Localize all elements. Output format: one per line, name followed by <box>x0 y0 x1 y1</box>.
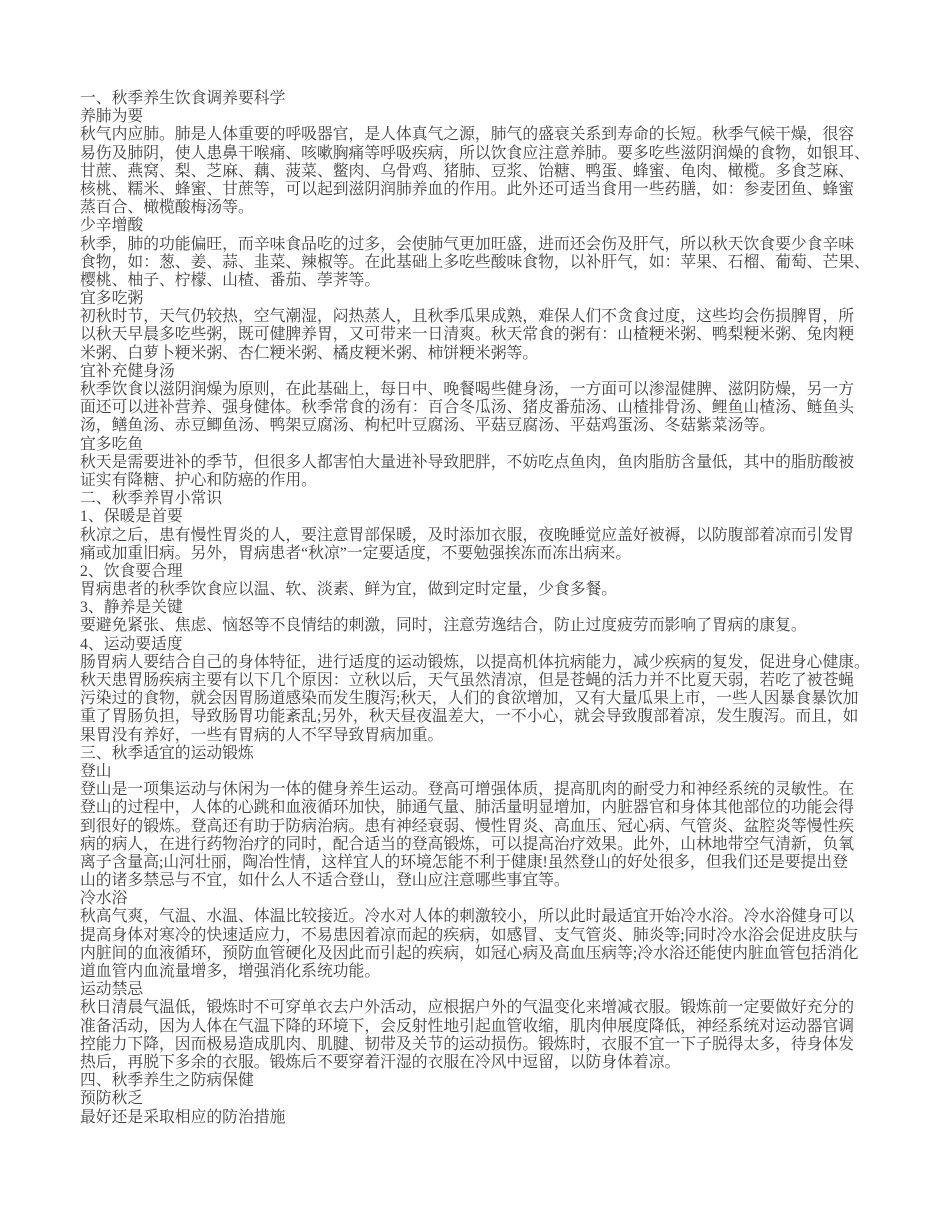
text-line: 病的病人，在进行药物治疗的同时，配合适当的登高锻炼，可以提高治疗效果。此外，山林… <box>80 836 880 854</box>
block-subtitle: 1、保暖是首要 <box>80 508 880 526</box>
document-page: 一、秋季养生饮食调养要科学养肺为要秋气内应肺。肺是人体重要的呼吸器官，是人体真气… <box>0 0 950 1230</box>
text-line: 胃病患者的秋季饮食应以温、软、淡素、鲜为宜，做到定时定量，少食多餐。 <box>80 581 880 599</box>
text-line: 核桃、糯米、蜂蜜、甘蔗等，可以起到滋阴润肺养血的作用。此外还可适当食用一些药膳，… <box>80 181 880 199</box>
text-line: 食物，如：葱、姜、蒜、韭菜、辣椒等。在此基础上多吃些酸味食物，以补肝气，如：苹果… <box>80 254 880 272</box>
text-line: 到很好的锻炼。登高还有助于防病治病。患有神经衰弱、慢性胃炎、高血压、冠心病、气管… <box>80 818 880 836</box>
block-subtitle: 3、静养是关键 <box>80 599 880 617</box>
block-subtitle: 预防秋乏 <box>80 1090 880 1108</box>
text-line: 肠胃病人要结合自己的身体特征，进行适度的运动锻炼，以提高机体抗病能力，减少疾病的… <box>80 654 880 672</box>
text-line: 道血管内血流量增多，增强消化系统功能。 <box>80 963 880 981</box>
section: 四、秋季养生之防病保健预防秋乏最好还是采取相应的防治措施 <box>80 1072 880 1127</box>
text-line: 污染过的食物，就会因胃肠道感染而发生腹泻;秋天，人们的食欲增加，又有大量瓜果上市… <box>80 690 880 708</box>
block-subtitle: 运动禁忌 <box>80 981 880 999</box>
text-line: 重了胃肠负担，导致肠胃功能紊乱;另外，秋天昼夜温差大，一不小心，就会导致腹部着凉… <box>80 708 880 726</box>
text-line: 面还可以进补营养、强身健体。秋季常食的汤有：百合冬瓜汤、猪皮番茄汤、山楂排骨汤、… <box>80 399 880 417</box>
text-line: 秋日清晨气温低，锻炼时不可穿单衣去户外活动，应根据户外的气温变化来增减衣服。锻炼… <box>80 999 880 1017</box>
text-line: 最好还是采取相应的防治措施 <box>80 1109 880 1127</box>
text-line: 秋天是需要进补的季节，但很多人都害怕大量进补导致肥胖，不妨吃点鱼肉，鱼肉脂肪含量… <box>80 454 880 472</box>
text-line: 初秋时节，天气仍较热，空气潮湿，闷热蒸人，且秋季瓜果成熟，难保人们不贪食过度，这… <box>80 308 880 326</box>
text-line: 要避免紧张、焦虑、恼怒等不良情结的刺激，同时，注意劳逸结合，防止过度疲劳而影响了… <box>80 617 880 635</box>
article-body: 一、秋季养生饮食调养要科学养肺为要秋气内应肺。肺是人体重要的呼吸器官，是人体真气… <box>80 90 880 1127</box>
block-subtitle: 4、运动要适度 <box>80 636 880 654</box>
text-line: 秋季饮食以滋阴润燥为原则，在此基础上，每日中、晚餐喝些健身汤，一方面可以渗湿健脾… <box>80 381 880 399</box>
text-line: 秋凉之后，患有慢性胃炎的人，要注意胃部保暖，及时添加衣服，夜晚睡觉应盖好被褥，以… <box>80 527 880 545</box>
text-line: 离子含量高;山河壮丽，陶冶性情，这样宜人的环境怎能不利于健康!虽然登山的好处很多… <box>80 854 880 872</box>
section-title: 三、秋季适宜的运动锻炼 <box>80 745 880 763</box>
block-subtitle: 宜补充健身汤 <box>80 363 880 381</box>
section: 二、秋季养胃小常识1、保暖是首要秋凉之后，患有慢性胃炎的人，要注意胃部保暖，及时… <box>80 490 880 745</box>
text-line: 以秋天早晨多吃些粥，既可健脾养胃，又可带来一日清爽。秋天常食的粥有：山楂粳米粥、… <box>80 326 880 344</box>
text-line: 蒸百合、橄榄酸梅汤等。 <box>80 199 880 217</box>
text-line: 秋高气爽，气温、水温、体温比较接近。冷水对人体的刺激较小，所以此时最适宜开始冷水… <box>80 908 880 926</box>
text-line: 登山的过程中，人体的心跳和血液循环加快，肺通气量、肺活量明显增加，内脏器官和身体… <box>80 799 880 817</box>
text-line: 热后，再脱下多余的衣服。锻炼后不要穿着汗湿的衣服在冷风中逗留，以防身体着凉。 <box>80 1054 880 1072</box>
section-title: 四、秋季养生之防病保健 <box>80 1072 880 1090</box>
block-subtitle: 宜多吃鱼 <box>80 436 880 454</box>
text-line: 米粥、白萝卜粳米粥、杏仁粳米粥、橘皮粳米粥、柿饼粳米粥等。 <box>80 345 880 363</box>
text-line: 甘蔗、燕窝、梨、芝麻、藕、菠菜、鳖肉、乌骨鸡、猪肺、豆浆、饴糖、鸭蛋、蜂蜜、龟肉… <box>80 163 880 181</box>
text-line: 樱桃、柚子、柠檬、山楂、番茄、荸荠等。 <box>80 272 880 290</box>
text-line: 秋气内应肺。肺是人体重要的呼吸器官，是人体真气之源，肺气的盛衰关系到寿命的长短。… <box>80 126 880 144</box>
block-subtitle: 少辛增酸 <box>80 217 880 235</box>
text-line: 准备活动，因为人体在气温下降的环境下，会反射性地引起血管收缩，肌肉伸展度降低，神… <box>80 1018 880 1036</box>
section: 一、秋季养生饮食调养要科学养肺为要秋气内应肺。肺是人体重要的呼吸器官，是人体真气… <box>80 90 880 490</box>
text-line: 提高身体对寒冷的快速适应力，不易患因着凉而起的疾病，如感冒、支气管炎、肺炎等;同… <box>80 927 880 945</box>
text-line: 果胃没有养好，一些有胃病的人不罕导致胃病加重。 <box>80 727 880 745</box>
block-subtitle: 养肺为要 <box>80 108 880 126</box>
text-line: 易伤及肺阴，使人患鼻干喉痛、咳嗽胸痛等呼吸疾病，所以饮食应注意养肺。要多吃些滋阴… <box>80 145 880 163</box>
section-title: 二、秋季养胃小常识 <box>80 490 880 508</box>
block-subtitle: 宜多吃粥 <box>80 290 880 308</box>
text-line: 内脏间的血液循环，预防血管硬化及因此而引起的疾病，如冠心病及高血压病等;冷水浴还… <box>80 945 880 963</box>
text-line: 汤，鳝鱼汤、赤豆鲫鱼汤、鸭架豆腐汤、枸杞叶豆腐汤、平菇豆腐汤、平菇鸡蛋汤、冬菇紫… <box>80 417 880 435</box>
block-subtitle: 冷水浴 <box>80 890 880 908</box>
block-subtitle: 登山 <box>80 763 880 781</box>
text-line: 山的诸多禁忌与不宜，如什么人不适合登山，登山应注意哪些事宜等。 <box>80 872 880 890</box>
block-subtitle: 2、饮食要合理 <box>80 563 880 581</box>
text-line: 控能力下降，因而极易造成肌肉、肌腱、韧带及关节的运动损伤。锻炼时，衣服不宜一下子… <box>80 1036 880 1054</box>
text-line: 痛或加重旧病。另外，胃病患者“秋凉”一定要适度，不要勉强挨冻而冻出病来。 <box>80 545 880 563</box>
text-line: 证实有降糖、护心和防癌的作用。 <box>80 472 880 490</box>
text-line: 秋季，肺的功能偏旺，而辛味食品吃的过多，会使肺气更加旺盛，进而还会伤及肝气，所以… <box>80 236 880 254</box>
section-title: 一、秋季养生饮食调养要科学 <box>80 90 880 108</box>
text-line: 登山是一项集运动与休闲为一体的健身养生运动。登高可增强体质，提高肌肉的耐受力和神… <box>80 781 880 799</box>
text-line: 秋天患胃肠疾病主要有以下几个原因：立秋以后，天气虽然清凉，但是苍蝇的活力并不比夏… <box>80 672 880 690</box>
section: 三、秋季适宜的运动锻炼登山登山是一项集运动与休闲为一体的健身养生运动。登高可增强… <box>80 745 880 1072</box>
